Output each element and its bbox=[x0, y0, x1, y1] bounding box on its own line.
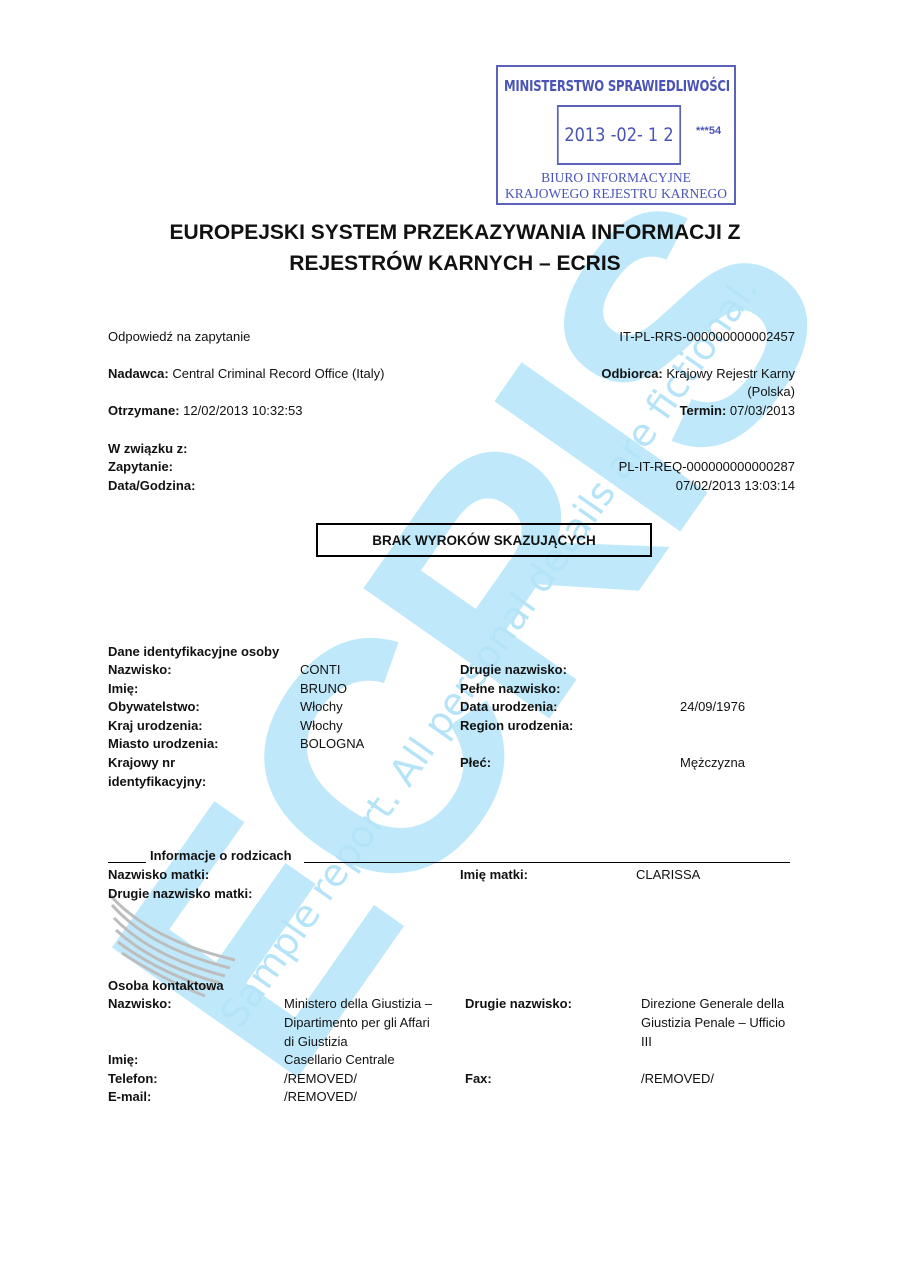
contact-name-label: Imię: bbox=[108, 1050, 138, 1069]
person-field-label: Płeć: bbox=[460, 753, 491, 772]
contact-second-surname-line3: III bbox=[641, 1032, 652, 1051]
person-field-label-cont: identyfikacyjny: bbox=[108, 772, 206, 791]
recipient: Odbiorca: Krajowy Rejestr Karny bbox=[601, 364, 795, 383]
contact-surname-line3: di Giustizia bbox=[284, 1032, 348, 1051]
deadline: Termin: 07/03/2013 bbox=[680, 401, 795, 420]
contact-second-surname-line2: Giustizia Penale – Ufficio bbox=[641, 1013, 785, 1032]
recipient-value: Krajowy Rejestr Karny bbox=[666, 366, 795, 381]
response-id: IT-PL-RRS-000000000002457 bbox=[619, 327, 795, 346]
sender-value: Central Criminal Record Office (Italy) bbox=[172, 366, 384, 381]
title-line2: REJESTRÓW KARNYCH – ECRIS bbox=[110, 248, 800, 279]
person-field-value: Mężczyzna bbox=[680, 753, 745, 772]
contact-section-title: Osoba kontaktowa bbox=[108, 976, 224, 995]
person-field-value: Włochy bbox=[300, 716, 343, 735]
received: Otrzymane: 12/02/2013 10:32:53 bbox=[108, 401, 302, 420]
recipient-country: (Polska) bbox=[747, 382, 795, 401]
contact-surname-line1: Ministero della Giustizia – bbox=[284, 994, 432, 1013]
contact-surname-line2: Dipartimento per gli Affari bbox=[284, 1013, 430, 1032]
sender: Nadawca: Central Criminal Record Office … bbox=[108, 364, 384, 383]
person-field-label: Data urodzenia: bbox=[460, 697, 558, 716]
mother-second-surname-label: Drugie nazwisko matki: bbox=[108, 884, 252, 903]
contact-phone-value: /REMOVED/ bbox=[284, 1069, 357, 1088]
person-field-label: Krajowy nr bbox=[108, 753, 175, 772]
title-line1: EUROPEJSKI SYSTEM PRZEKAZYWANIA INFORMAC… bbox=[110, 217, 800, 248]
person-field-value: BOLOGNA bbox=[300, 734, 364, 753]
person-field-label: Drugie nazwisko: bbox=[460, 660, 567, 679]
stamp-office-line1: BIURO INFORMACYJNE bbox=[498, 170, 734, 186]
contact-fax-label: Fax: bbox=[465, 1069, 492, 1088]
person-field-value: BRUNO bbox=[300, 679, 347, 698]
recipient-label: Odbiorca: bbox=[601, 366, 662, 381]
contact-email-label: E-mail: bbox=[108, 1087, 151, 1106]
deadline-label: Termin: bbox=[680, 403, 727, 418]
section-rule-right bbox=[304, 862, 790, 863]
response-label: Odpowiedź na zapytanie bbox=[108, 327, 250, 346]
person-field-label: Imię: bbox=[108, 679, 138, 698]
received-value: 12/02/2013 10:32:53 bbox=[183, 403, 302, 418]
contact-fax-value: /REMOVED/ bbox=[641, 1069, 714, 1088]
person-field-label: Kraj urodzenia: bbox=[108, 716, 203, 735]
stamp-office-line2: KRAJOWEGO REJESTRU KARNEGO bbox=[498, 186, 734, 202]
stamp-date: 2013 -02- 1 2 bbox=[557, 105, 681, 165]
mother-surname-label: Nazwisko matki: bbox=[108, 865, 209, 884]
person-field-label: Obywatelstwo: bbox=[108, 697, 200, 716]
person-section-title: Dane identyfikacyjne osoby bbox=[108, 642, 279, 661]
contact-second-surname-line1: Direzione Generale della bbox=[641, 994, 784, 1013]
contact-surname-label: Nazwisko: bbox=[108, 994, 172, 1013]
contact-name-value: Casellario Centrale bbox=[284, 1050, 395, 1069]
person-field-label: Region urodzenia: bbox=[460, 716, 573, 735]
datetime-value: 07/02/2013 13:03:14 bbox=[676, 476, 795, 495]
person-field-label: Miasto urodzenia: bbox=[108, 734, 219, 753]
contact-email-value: /REMOVED/ bbox=[284, 1087, 357, 1106]
person-field-value: 24/09/1976 bbox=[680, 697, 745, 716]
person-field-value: CONTI bbox=[300, 660, 340, 679]
received-stamp: MINISTERSTWO SPRAWIEDLIWOŚCI 2013 -02- 1… bbox=[496, 65, 736, 205]
contact-phone-label: Telefon: bbox=[108, 1069, 158, 1088]
person-field-label: Pełne nazwisko: bbox=[460, 679, 560, 698]
verdict-box: BRAK WYROKÓW SKAZUJĄCYCH bbox=[316, 523, 652, 557]
request-label: Zapytanie: bbox=[108, 457, 173, 476]
section-rule-left bbox=[108, 862, 146, 863]
document-title: EUROPEJSKI SYSTEM PRZEKAZYWANIA INFORMAC… bbox=[110, 217, 800, 279]
contact-second-surname-label: Drugie nazwisko: bbox=[465, 994, 572, 1013]
regarding-label: W związku z: bbox=[108, 439, 187, 458]
deadline-value: 07/03/2013 bbox=[730, 403, 795, 418]
mother-name-label: Imię matki: bbox=[460, 865, 528, 884]
sender-label: Nadawca: bbox=[108, 366, 169, 381]
mother-name-value: CLARISSA bbox=[636, 865, 700, 884]
received-label: Otrzymane: bbox=[108, 403, 180, 418]
person-field-value: Włochy bbox=[300, 697, 343, 716]
request-value: PL-IT-REQ-000000000000287 bbox=[619, 457, 795, 476]
stamp-number: ***54 bbox=[696, 125, 721, 137]
stamp-ministry: MINISTERSTWO SPRAWIEDLIWOŚCI bbox=[504, 77, 730, 95]
datetime-label: Data/Godzina: bbox=[108, 476, 195, 495]
person-field-label: Nazwisko: bbox=[108, 660, 172, 679]
parents-section-title: Informacje o rodzicach bbox=[150, 846, 292, 865]
